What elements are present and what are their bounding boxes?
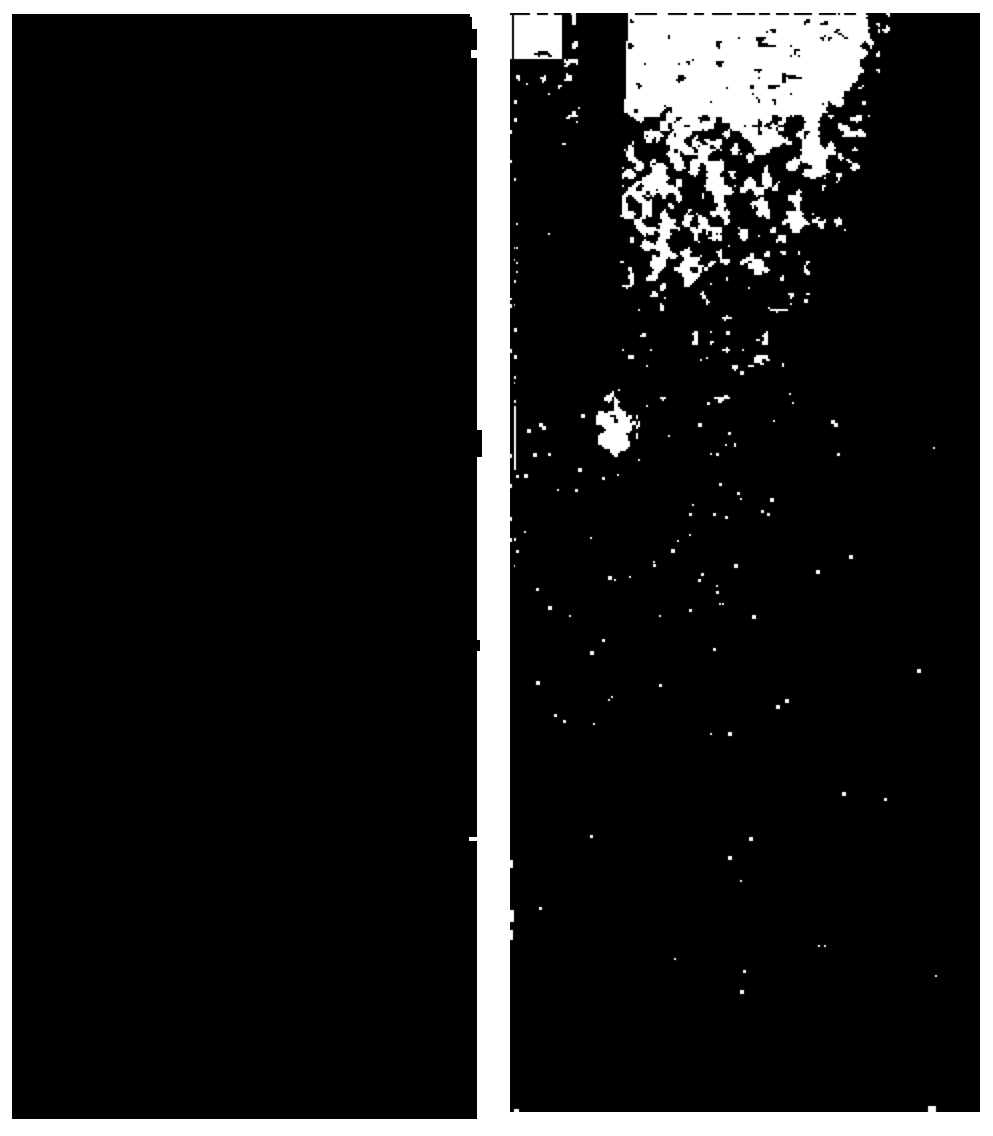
left-binary-image-panel xyxy=(12,14,477,1119)
edge-mark xyxy=(477,430,482,457)
right-binary-image-panel xyxy=(510,13,980,1112)
figure-stage xyxy=(0,0,993,1136)
edge-mark xyxy=(471,50,477,58)
edge-mark xyxy=(469,837,477,841)
edge-mark xyxy=(477,640,480,651)
edge-mark xyxy=(472,15,477,29)
